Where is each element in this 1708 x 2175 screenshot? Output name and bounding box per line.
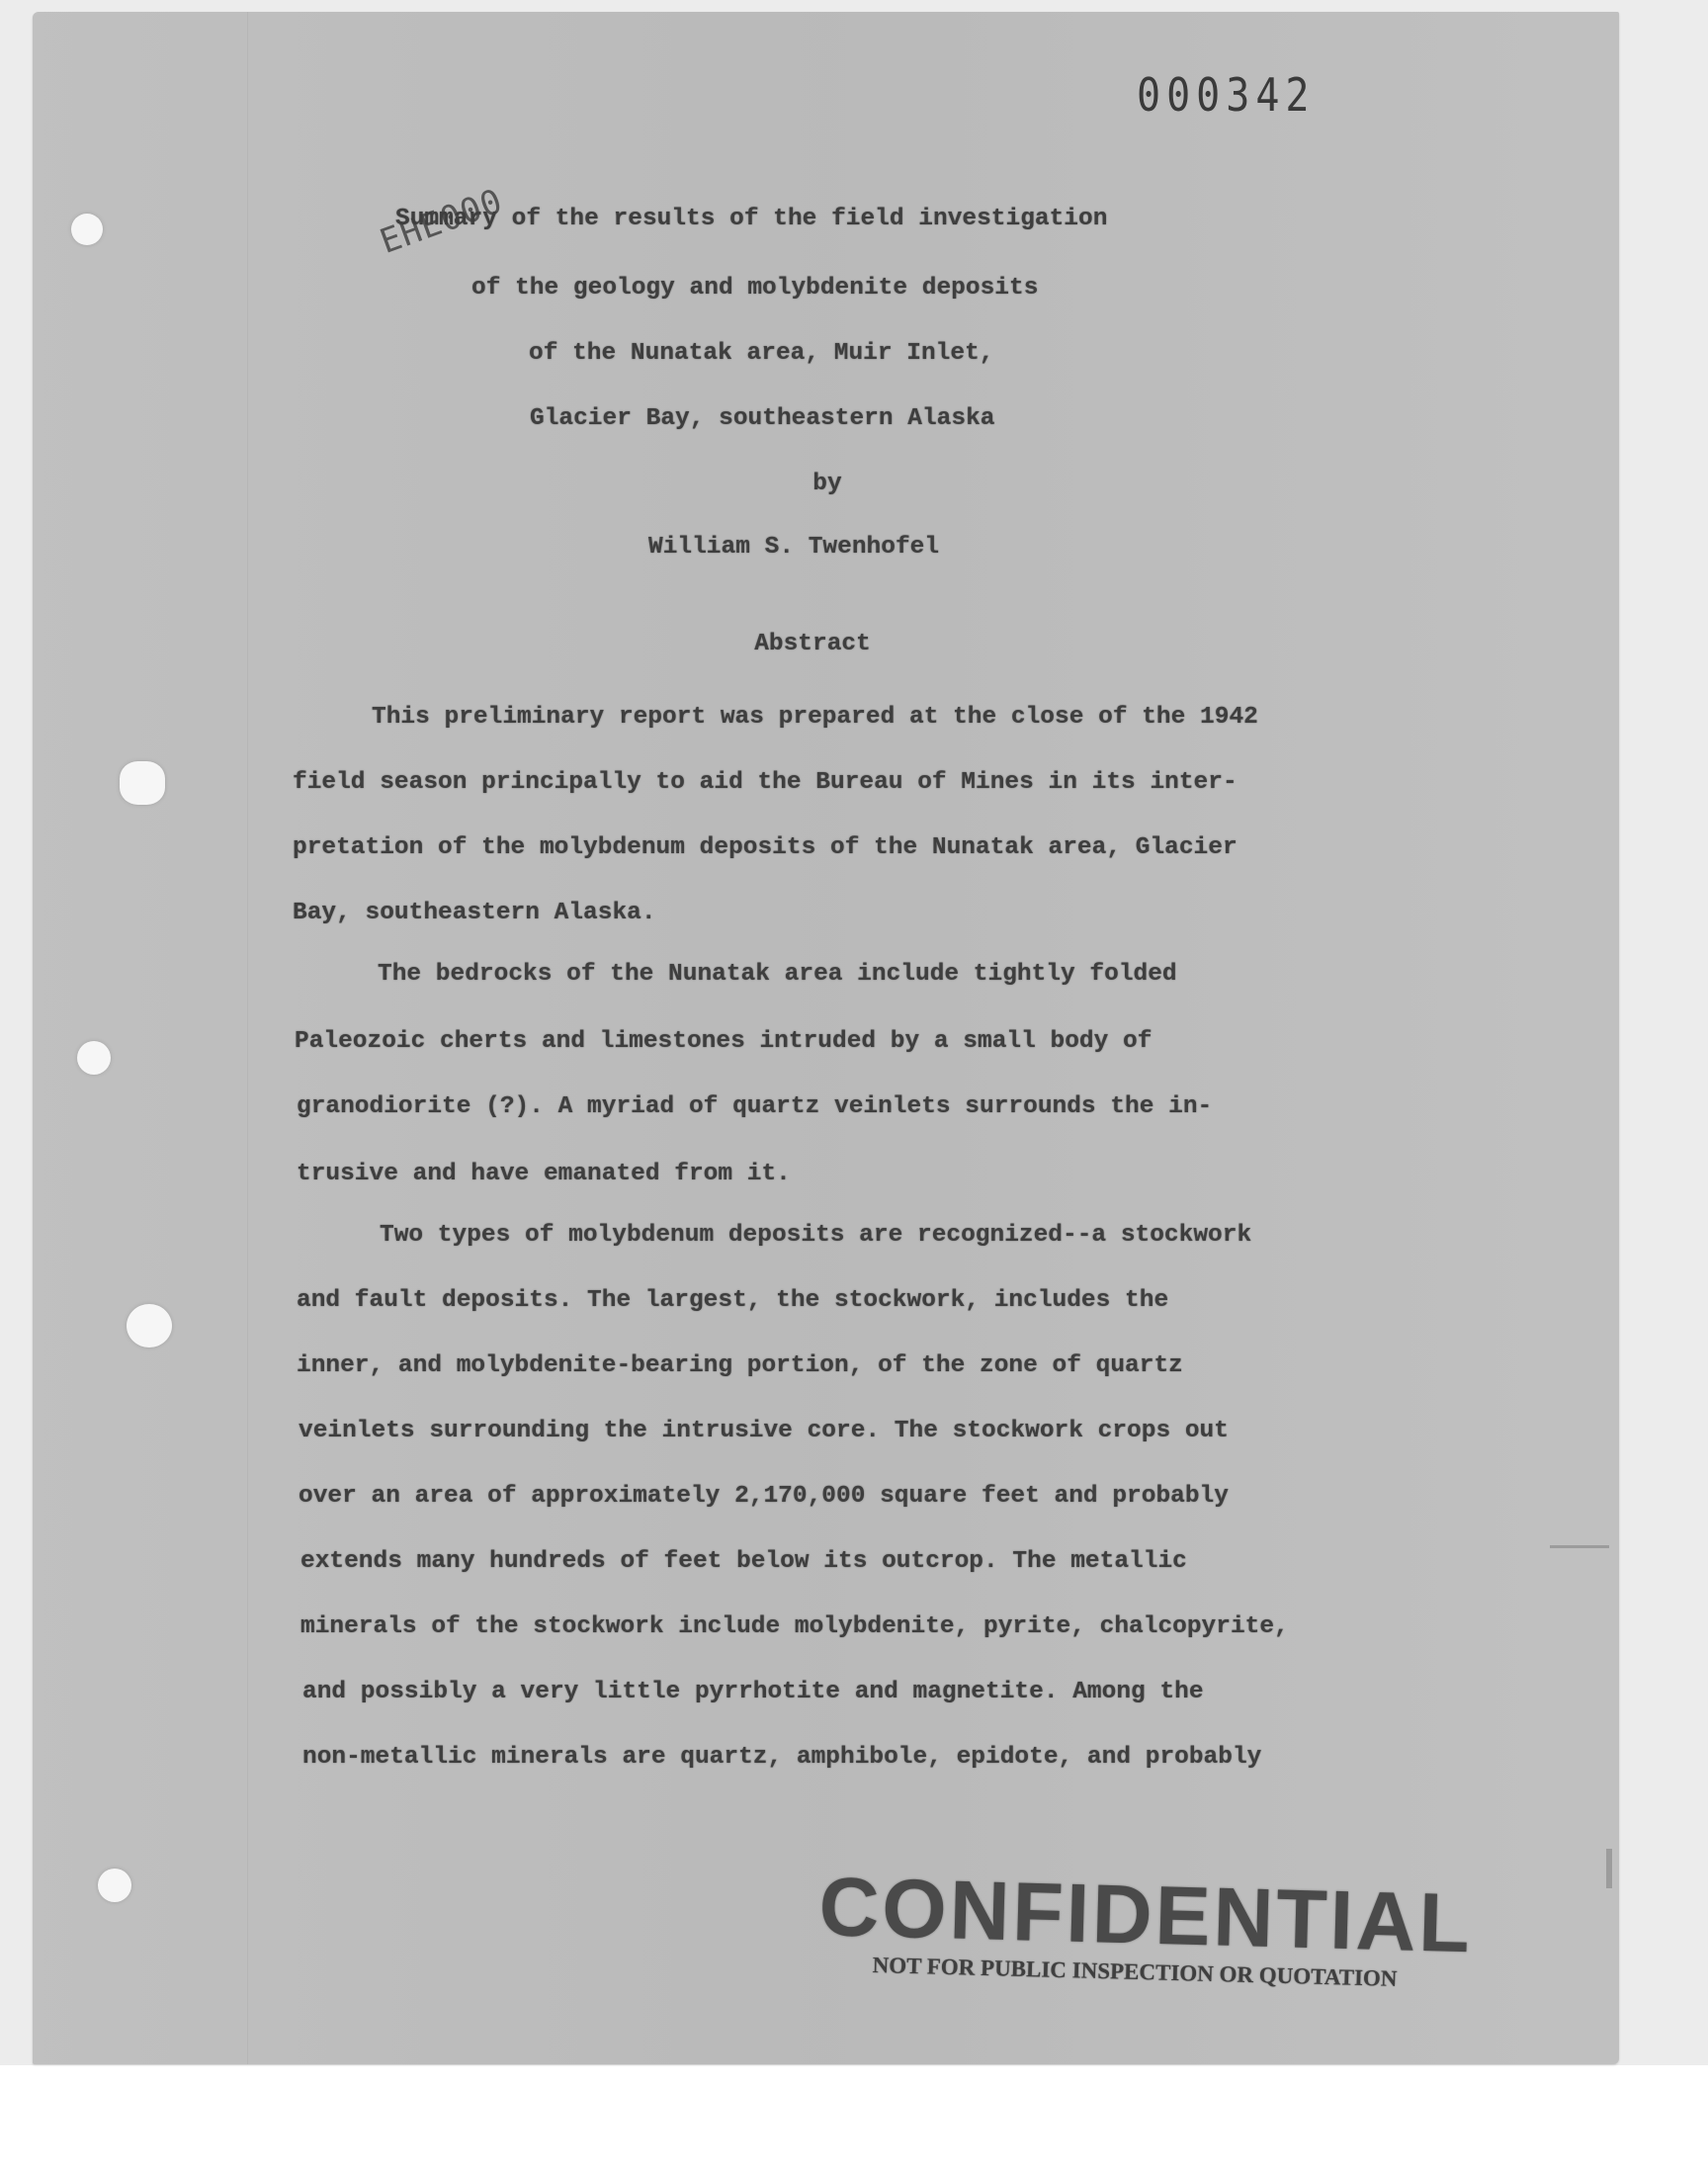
paragraph-line: and fault deposits. The largest, the sto… (297, 1287, 1168, 1314)
paragraph-line: Paleozoic cherts and limestones intruded… (295, 1028, 1152, 1055)
edge-mark (1606, 1849, 1612, 1888)
punch-hole-icon (77, 1041, 111, 1075)
paragraph-line: Bay, southeastern Alaska. (293, 900, 656, 926)
paragraph-line: minerals of the stockwork include molybd… (300, 1613, 1289, 1640)
paragraph-line: inner, and molybdenite-bearing portion, … (297, 1352, 1183, 1379)
punch-hole-icon (98, 1869, 131, 1902)
page-number: 000342 (1137, 70, 1316, 123)
paragraph-line: non-metallic minerals are quartz, amphib… (302, 1744, 1261, 1771)
paragraph-line: extends many hundreds of feet below its … (300, 1548, 1187, 1575)
paragraph-line: This preliminary report was prepared at … (372, 704, 1258, 731)
paragraph-line: trusive and have emanated from it. (297, 1161, 791, 1187)
punch-hole-icon (71, 214, 103, 245)
punch-hole-icon (120, 761, 165, 805)
paragraph-line: granodiorite (?). A myriad of quartz vei… (297, 1093, 1212, 1120)
title-line: Glacier Bay, southeastern Alaska (530, 405, 994, 432)
paragraph-line: Two types of molybdenum deposits are rec… (380, 1222, 1251, 1249)
edge-mark (1550, 1545, 1609, 1548)
punch-hole-icon (127, 1304, 172, 1348)
paragraph-line: The bedrocks of the Nunatak area include… (378, 961, 1177, 988)
paper-crease (247, 12, 248, 2064)
paragraph-line: pretation of the molybdenum deposits of … (293, 834, 1238, 861)
paragraph-line: veinlets surrounding the intrusive core.… (299, 1418, 1229, 1444)
title-line: of the geology and molybdenite deposits (471, 275, 1038, 302)
paragraph-line: field season principally to aid the Bure… (293, 769, 1238, 796)
title-line: Summary of the results of the field inve… (395, 206, 1107, 232)
author-name: William S. Twenhofel (648, 534, 939, 561)
paragraph-line: and possibly a very little pyrrhotite an… (302, 1679, 1204, 1705)
paragraph-line: over an area of approximately 2,170,000 … (299, 1483, 1229, 1510)
title-line: of the Nunatak area, Muir Inlet, (529, 340, 993, 367)
section-heading: Abstract (754, 631, 871, 657)
byline: by (812, 471, 841, 497)
